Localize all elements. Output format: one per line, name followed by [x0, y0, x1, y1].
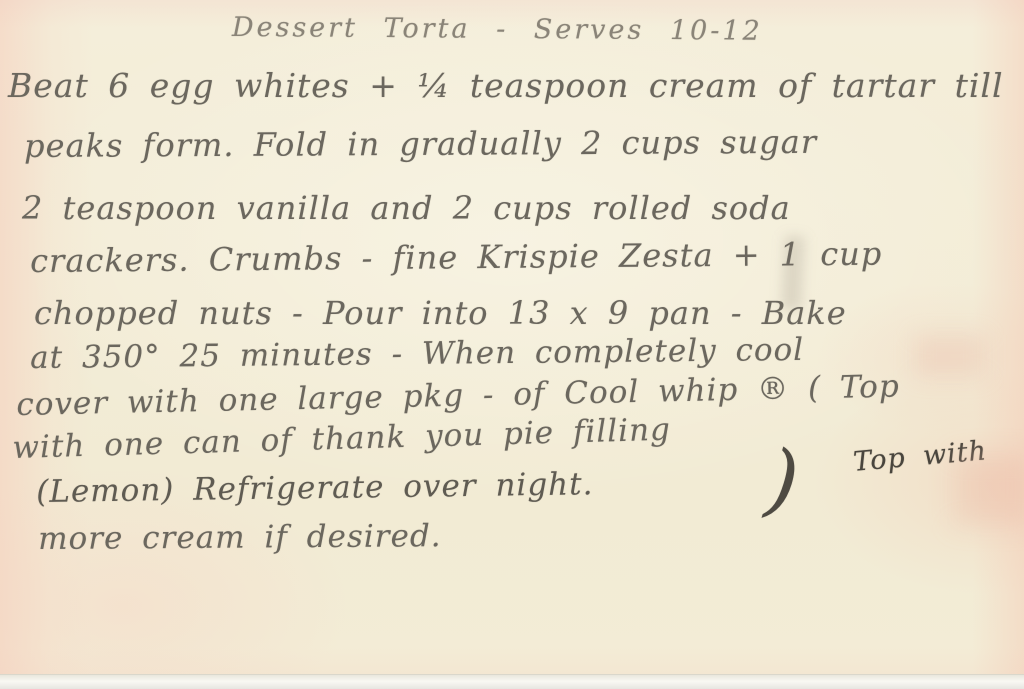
scan-edge — [0, 674, 1024, 689]
paper-stain — [915, 335, 985, 377]
recipe-line: peaks form. Fold in gradually 2 cups sug… — [24, 123, 817, 165]
recipe-line: Beat 6 egg whites + ¼ teaspoon cream of … — [8, 66, 1004, 105]
recipe-line: chopped nuts - Pour into 13 x 9 pan - Ba… — [34, 294, 847, 332]
pencil-smudge — [781, 236, 805, 311]
recipe-title: Dessert Torta - Serves 10-12 — [232, 12, 763, 47]
recipe-line: cover with one large pkg - of Cool whip … — [16, 368, 900, 422]
paper-stain — [955, 455, 1024, 525]
recipe-line: crackers. Crumbs - fine Krispie Zesta + … — [30, 235, 882, 280]
recipe-line: (Lemon) Refrigerate over night. — [36, 466, 594, 510]
recipe-line: more cream if desired. — [38, 518, 442, 557]
recipe-card: Dessert Torta - Serves 10-12 Beat 6 egg … — [0, 0, 1024, 689]
recipe-line: at 350° 25 minutes - When completely coo… — [30, 332, 804, 376]
closing-paren-mark: ) — [762, 432, 803, 528]
recipe-line: 2 teaspoon vanilla and 2 cups rolled sod… — [22, 189, 791, 227]
